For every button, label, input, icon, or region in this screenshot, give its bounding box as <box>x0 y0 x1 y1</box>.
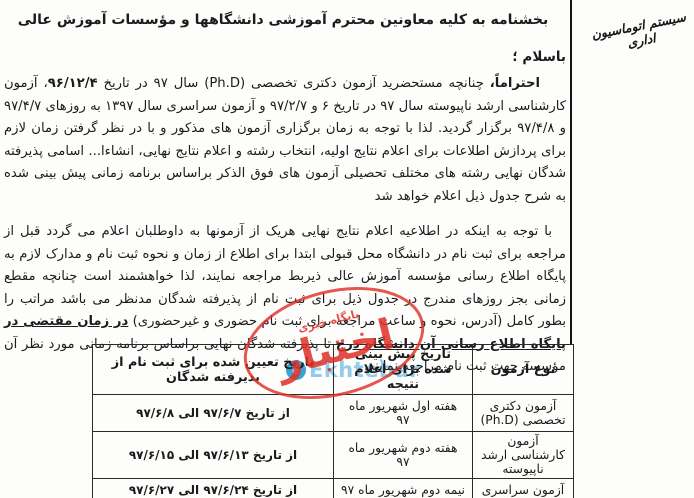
salutation: باسلام ؛ <box>4 49 566 65</box>
scanned-circular-page: سیستم اتوماسیون اداری بخشنامه به کلیه مع… <box>0 0 694 498</box>
cell-registration-date: از تاریخ ۹۷/۶/۲۴ الی ۹۷/۶/۲۷ <box>93 479 334 498</box>
respectfully-lead: احتراماً، <box>490 76 540 91</box>
cell-exam-type: آزمون دکتری تخصصی (Ph.D) <box>473 395 574 432</box>
margin-divider-line <box>570 0 572 345</box>
cell-exam-type: آزمون کارشناسی ارشد ناپیوسته <box>473 432 574 479</box>
letter-body: احتراماً، چنانچه مستحضرید آزمون دکتری تخ… <box>4 73 566 379</box>
cell-result-date: نیمه دوم شهریور ماه ۹۷ <box>334 479 473 498</box>
paragraph-1-text-a: چنانچه مستحضرید آزمون دکتری تخصصی (Ph.D)… <box>98 76 490 91</box>
table-row: آزمون سراسری نیمه دوم شهریور ماه ۹۷ از ت… <box>93 479 574 498</box>
phd-exam-date: ۹۶/۱۲/۴ <box>48 76 98 91</box>
office-automation-note: سیستم اتوماسیون اداری <box>590 9 690 57</box>
paragraph-exam-schedule: احتراماً، چنانچه مستحضرید آزمون دکتری تخ… <box>4 73 566 208</box>
circular-title: بخشنامه به کلیه معاونین محترم آموزشی دان… <box>0 12 566 28</box>
cell-registration-date: از تاریخ ۹۷/۶/۷ الی ۹۷/۶/۸ <box>93 395 334 432</box>
table-row: آزمون دکتری تخصصی (Ph.D) هفته اول شهریور… <box>93 395 574 432</box>
header-result-date: تاریخ پیش بینی شده برای اعلام نتیجه <box>334 345 473 395</box>
table-header-row: نوع آزمون تاریخ پیش بینی شده برای اعلام … <box>93 345 574 395</box>
exam-schedule-table: نوع آزمون تاریخ پیش بینی شده برای اعلام … <box>92 344 574 498</box>
header-registration-date: تاریخ تعیین شده برای ثبت نام از پذیرفته … <box>93 345 334 395</box>
cell-result-date: هفته اول شهریور ماه ۹۷ <box>334 395 473 432</box>
cell-result-date: هفته دوم شهریور ماه ۹۷ <box>334 432 473 479</box>
cell-exam-type: آزمون سراسری <box>473 479 574 498</box>
cell-registration-date: از تاریخ ۹۷/۶/۱۳ الی ۹۷/۶/۱۵ <box>93 432 334 479</box>
table-row: آزمون کارشناسی ارشد ناپیوسته هفته دوم شه… <box>93 432 574 479</box>
paragraph-1-text-b: ، آزمون کارشناسی ارشد ناپیوسته سال ۹۷ در… <box>4 76 566 204</box>
header-exam-type: نوع آزمون <box>473 345 574 395</box>
